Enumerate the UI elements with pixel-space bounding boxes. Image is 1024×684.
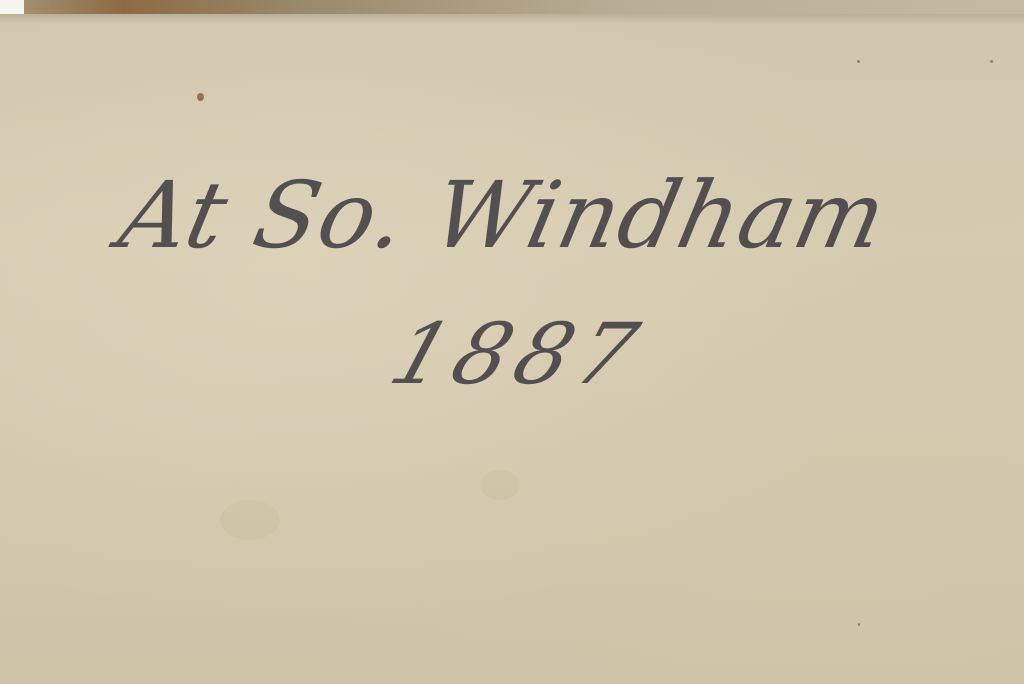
handwritten-year: 1887	[381, 312, 654, 396]
foxing-spot	[197, 93, 204, 101]
speck	[990, 60, 993, 63]
page-edge-shadow	[0, 14, 1024, 24]
background-corner	[0, 0, 24, 14]
aged-paper-photo: At So. Windham 1887	[0, 0, 1024, 684]
speck	[857, 60, 860, 63]
speck	[858, 623, 860, 626]
paper-discoloration	[480, 470, 520, 500]
handwritten-place: At So. Windham	[112, 170, 894, 262]
book-edge-strip	[0, 0, 1024, 14]
paper-discoloration	[220, 500, 280, 540]
